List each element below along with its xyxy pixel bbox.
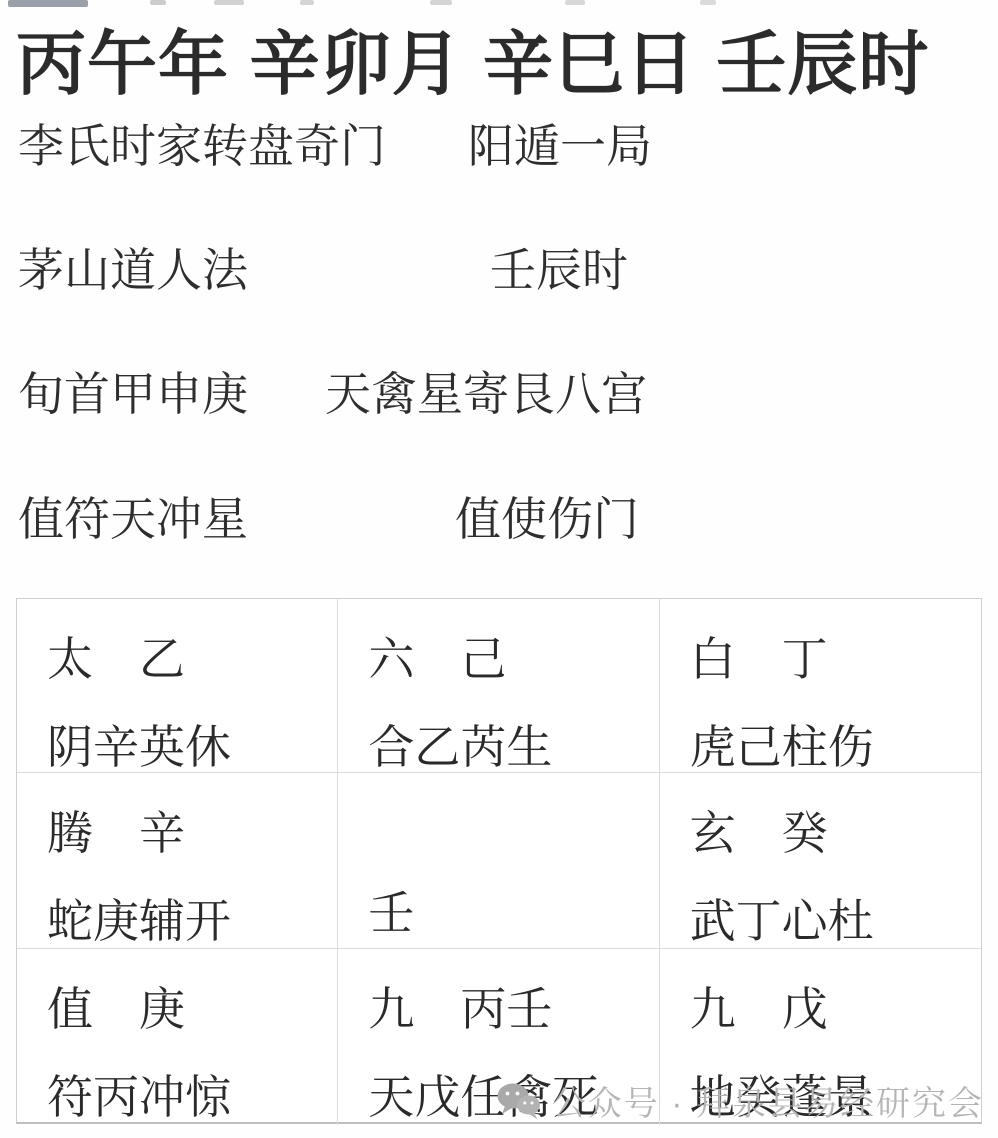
hour-label: 壬辰时 (490, 234, 628, 300)
grid-cell-r1c3: 白 丁 虎己柱伤 (660, 599, 981, 773)
bureau-label: 阳遁一局 (468, 110, 652, 176)
clipped-text-fragment (214, 0, 244, 5)
wechat-icon (496, 1082, 542, 1120)
clipped-text-fragment (430, 0, 452, 5)
cell-line1 (368, 797, 652, 855)
cell-line1: 九 丙壬 (368, 973, 652, 1039)
method-label: 茅山道人法 (18, 244, 248, 296)
clipped-text-fragment (565, 0, 585, 5)
school-label: 李氏时家转盘奇门 (18, 120, 386, 172)
clipped-text-fragment (8, 0, 88, 7)
cell-line1: 白 丁 (690, 623, 975, 689)
cell-line2: 壬 (368, 877, 652, 943)
xunshou-label: 旬首甲申庚 (18, 368, 248, 420)
cell-line1: 九 戊 (690, 973, 975, 1039)
cell-line1: 腾 辛 (47, 797, 331, 863)
cell-line1: 玄 癸 (690, 797, 975, 863)
watermark-text: 公众号 · 拜泉县易经研究会 (552, 1076, 984, 1125)
cell-line2: 蛇庚辅开 (47, 885, 331, 949)
info-line-method-hour: 茅山道人法壬辰时 (18, 234, 628, 300)
info-line-zhifu-zhishi: 值符天冲星值使伤门 (18, 483, 639, 549)
grid-cell-r2c2-center: 壬 (338, 773, 659, 949)
zhifu-label: 值符天冲星 (18, 493, 248, 545)
info-line-xunshou-star: 旬首甲申庚天禽星寄艮八宫 (18, 358, 647, 424)
clipped-text-fragment (700, 0, 716, 5)
cell-line1: 值 庚 (47, 973, 331, 1039)
cell-line2: 合乙芮生 (368, 711, 652, 773)
clipped-top-text-fragments (0, 0, 998, 8)
cell-line2: 阴辛英休 (47, 711, 331, 773)
star-palace-label: 天禽星寄艮八宫 (325, 358, 647, 424)
cell-line2: 武丁心杜 (690, 885, 975, 949)
clipped-text-fragment (150, 0, 166, 5)
grid-cell-r1c1: 太 乙 阴辛英休 (17, 599, 338, 773)
cell-line1: 六 己 (368, 623, 652, 689)
cell-line2: 符丙冲惊 (47, 1061, 331, 1125)
cell-line1: 太 乙 (47, 623, 331, 689)
grid-cell-r1c2: 六 己 合乙芮生 (338, 599, 659, 773)
qimen-grid: 太 乙 阴辛英休 六 己 合乙芮生 白 丁 虎己柱伤 腾 辛 蛇庚辅开 壬 玄 … (16, 598, 982, 1124)
page: 丙午年 辛卯月 辛巳日 壬辰时 李氏时家转盘奇门阳遁一局 茅山道人法壬辰时 旬首… (0, 0, 998, 1138)
watermark: 公众号 · 拜泉县易经研究会 (496, 1076, 984, 1125)
page-title: 丙午年 辛卯月 辛巳日 壬辰时 (16, 8, 929, 109)
zhishi-label: 值使伤门 (455, 483, 639, 549)
grid-cell-r2c3: 玄 癸 武丁心杜 (660, 773, 981, 949)
grid-cell-r3c1: 值 庚 符丙冲惊 (17, 949, 338, 1125)
cell-line2: 虎己柱伤 (690, 711, 975, 773)
grid-cell-r2c1: 腾 辛 蛇庚辅开 (17, 773, 338, 949)
info-line-school-bureau: 李氏时家转盘奇门阳遁一局 (18, 110, 652, 176)
clipped-text-fragment (300, 0, 314, 5)
